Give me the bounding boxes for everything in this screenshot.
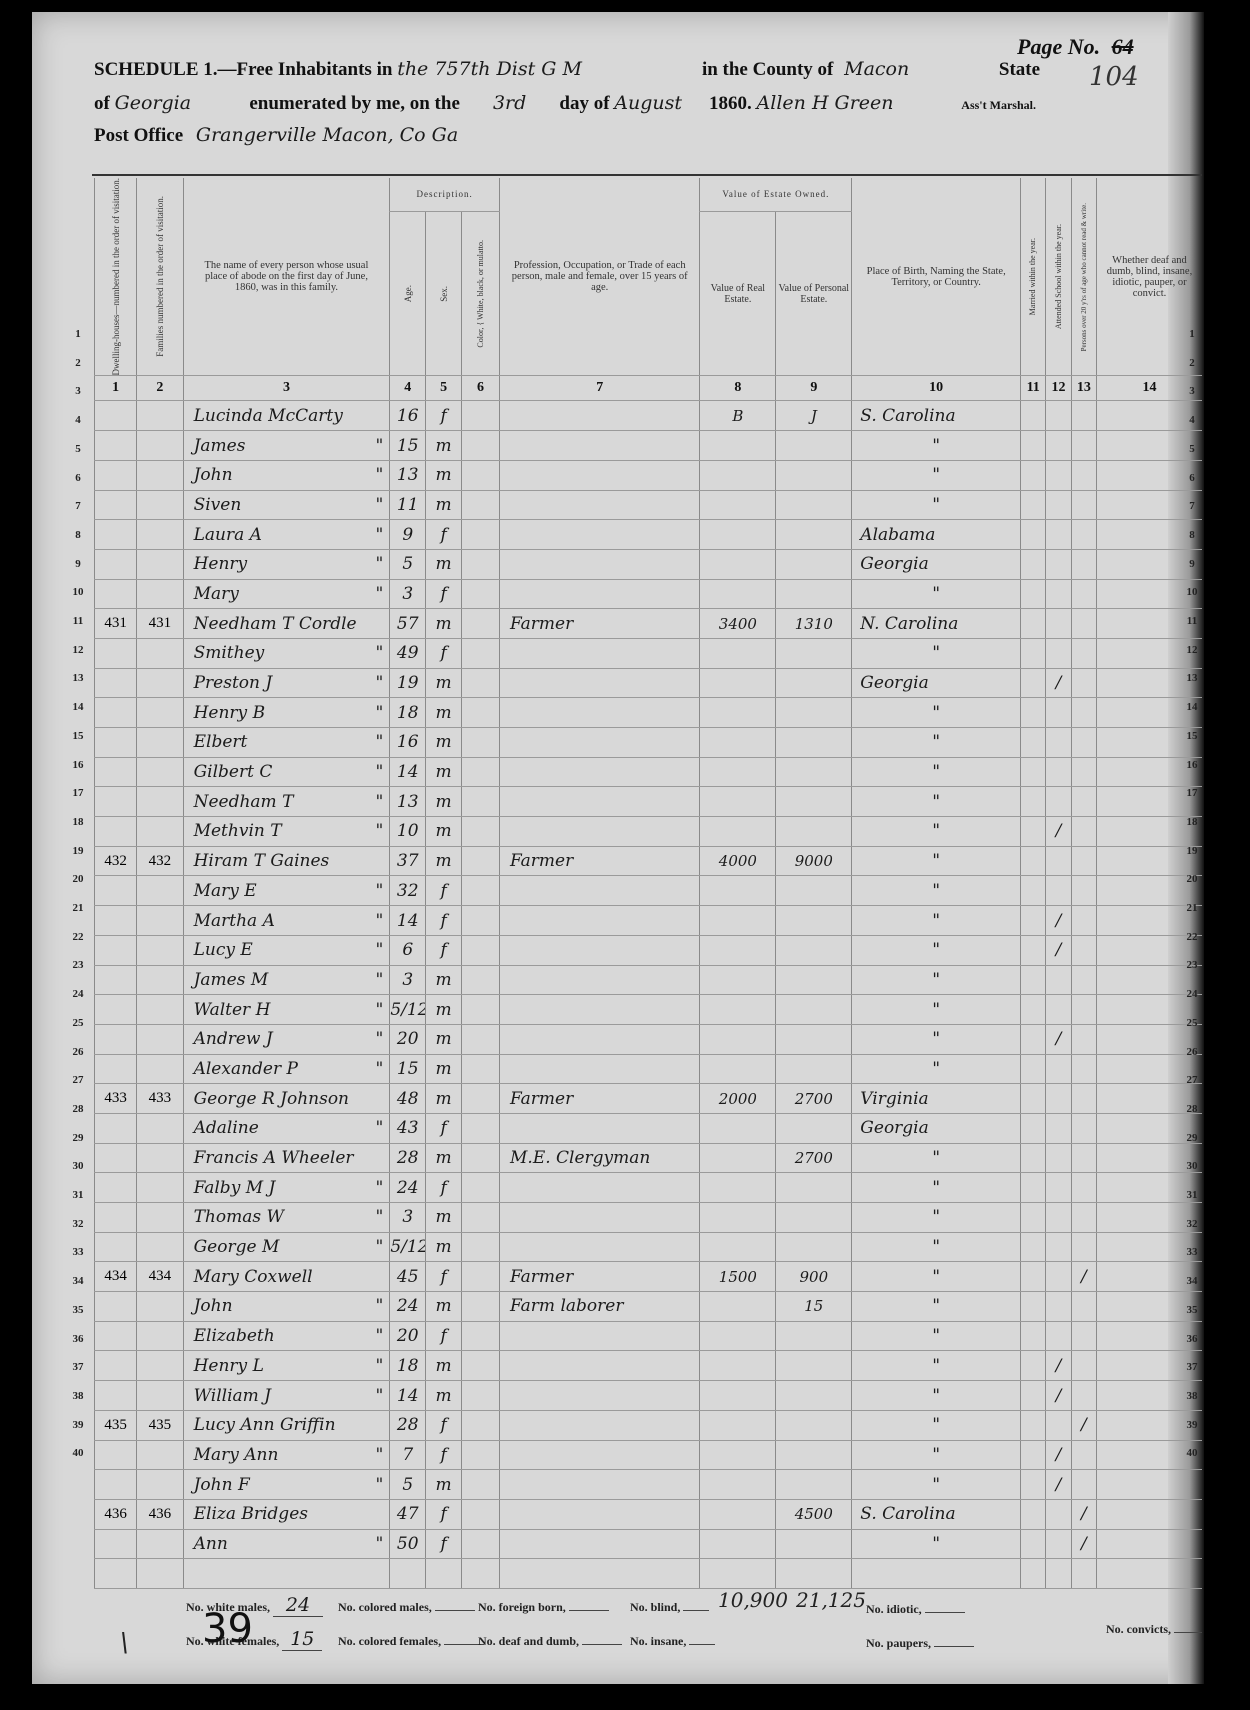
person-occupation	[500, 817, 700, 847]
census-page: Page No. 64 104 SCHEDULE 1.—Free Inhabit…	[32, 12, 1204, 1684]
person-color	[462, 1499, 500, 1529]
schedule-title: SCHEDULE 1.—Free Inhabitants in	[94, 59, 392, 80]
person-color	[462, 1113, 500, 1143]
married-mark	[1021, 1232, 1046, 1262]
row-line-number: 12	[1182, 644, 1202, 656]
illiterate-mark	[1071, 1292, 1096, 1322]
real-estate-value	[700, 1203, 776, 1233]
person-sex: m	[426, 698, 462, 728]
person-age: 45	[390, 1262, 426, 1292]
person-age: 50	[390, 1529, 426, 1559]
table-row: John"24mFarm laborer15"	[95, 1292, 1203, 1322]
colored-males-summary: No. colored males,	[338, 1600, 475, 1615]
row-line-number: 27	[1182, 1074, 1202, 1086]
table-row: Francis A Wheeler28mM.E. Clergyman2700"	[95, 1143, 1203, 1173]
person-name-text: Siven	[194, 495, 242, 515]
person-sex: m	[426, 1470, 462, 1500]
school-mark	[1046, 549, 1071, 579]
person-age: 18	[390, 1351, 426, 1381]
white-females-value: 15	[282, 1628, 322, 1651]
census-table: Dwelling-houses—numbered in the order of…	[94, 178, 1202, 1589]
person-sex: m	[426, 668, 462, 698]
table-row: Henry"5mGeorgia	[95, 549, 1203, 579]
school-mark: /	[1046, 817, 1071, 847]
row-line-number: 25	[1182, 1017, 1202, 1029]
row-line-number: 40	[68, 1447, 88, 1459]
blind-label: No. blind,	[630, 1600, 680, 1614]
table-row: Alexander P"15m"	[95, 1054, 1203, 1084]
person-color	[462, 1054, 500, 1084]
person-color	[462, 1470, 500, 1500]
school-mark	[1046, 1054, 1071, 1084]
person-color	[462, 1321, 500, 1351]
col-header-dwelling: Dwelling-houses—numbered in the order of…	[111, 178, 121, 375]
person-name-text: Elizabeth	[194, 1326, 275, 1346]
illiterate-mark	[1071, 1024, 1096, 1054]
person-color	[462, 460, 500, 490]
person-age: 10	[390, 817, 426, 847]
person-color	[462, 876, 500, 906]
person-name: Falby M J"	[183, 1173, 390, 1203]
person-age: 24	[390, 1292, 426, 1322]
enumerated-label: enumerated by me, on the	[249, 93, 460, 114]
disability-note	[1096, 1529, 1202, 1559]
birthplace: "	[852, 846, 1021, 876]
illiterate-mark	[1071, 1143, 1096, 1173]
person-name-text: Elbert	[194, 732, 248, 752]
personal-estate-value	[776, 698, 852, 728]
married-mark	[1021, 401, 1046, 431]
table-row: Mary E"32f"	[95, 876, 1203, 906]
married-mark	[1021, 1113, 1046, 1143]
col-header-disability: Whether deaf and dumb, blind, insane, id…	[1096, 178, 1202, 376]
day-of-label: day of	[559, 93, 609, 114]
dwelling-number	[95, 1173, 137, 1203]
person-age: 43	[390, 1113, 426, 1143]
table-row: James M"3m"	[95, 965, 1203, 995]
personal-estate-value	[776, 995, 852, 1025]
table-row: Adaline"43fGeorgia	[95, 1113, 1203, 1143]
school-mark	[1046, 995, 1071, 1025]
row-line-number: 40	[1182, 1447, 1202, 1459]
person-age: 15	[390, 1054, 426, 1084]
personal-estate-value	[776, 757, 852, 787]
row-line-number: 14	[68, 701, 88, 713]
person-color	[462, 817, 500, 847]
person-color	[462, 906, 500, 936]
person-occupation	[500, 431, 700, 461]
person-name: Henry"	[183, 549, 390, 579]
person-sex: f	[426, 1410, 462, 1440]
row-line-number: 10	[1182, 586, 1202, 598]
dwelling-number	[95, 460, 137, 490]
married-mark	[1021, 1440, 1046, 1470]
person-age: 32	[390, 876, 426, 906]
person-occupation	[500, 1410, 700, 1440]
married-mark	[1021, 728, 1046, 758]
row-line-number: 36	[68, 1333, 88, 1345]
birthplace: "	[852, 1321, 1021, 1351]
personal-estate-value: 2700	[776, 1084, 852, 1114]
row-line-number: 23	[1182, 959, 1202, 971]
personal-estate-value	[776, 668, 852, 698]
illiterate-mark: /	[1071, 1410, 1096, 1440]
row-line-number: 31	[68, 1189, 88, 1201]
person-name-text: John	[194, 465, 233, 485]
table-row: Walter H"5/12m"	[95, 995, 1203, 1025]
real-estate-value	[700, 1054, 776, 1084]
person-age: 24	[390, 1173, 426, 1203]
colored-females-label: No. colored females,	[338, 1634, 441, 1648]
person-age: 5/12	[390, 995, 426, 1025]
row-line-number: 2	[68, 357, 88, 369]
row-line-number: 17	[1182, 787, 1202, 799]
married-mark	[1021, 460, 1046, 490]
person-occupation	[500, 995, 700, 1025]
ditto-mark: "	[375, 1059, 389, 1079]
dwelling-number	[95, 757, 137, 787]
page-number-handwritten: 104	[1089, 62, 1139, 92]
person-name: Mary Coxwell	[183, 1262, 390, 1292]
personal-estate-total: 21,125	[796, 1588, 866, 1612]
person-sex: f	[426, 1499, 462, 1529]
personal-estate-value	[776, 906, 852, 936]
personal-estate-value	[776, 520, 852, 550]
person-age: 18	[390, 698, 426, 728]
birthplace: Georgia	[852, 1113, 1021, 1143]
personal-estate-value: 1310	[776, 609, 852, 639]
personal-estate-value: 15	[776, 1292, 852, 1322]
illiterate-mark	[1071, 1113, 1096, 1143]
table-row: Smithey"49f"	[95, 638, 1203, 668]
person-sex: f	[426, 1321, 462, 1351]
row-line-number: 33	[68, 1246, 88, 1258]
ditto-mark: "	[375, 1029, 389, 1049]
person-age: 20	[390, 1321, 426, 1351]
personal-estate-value	[776, 817, 852, 847]
ditto-mark: "	[375, 584, 389, 604]
ditto-mark: "	[375, 1296, 389, 1316]
married-mark	[1021, 1203, 1046, 1233]
foreign-born-label: No. foreign born,	[478, 1600, 566, 1614]
ditto-mark: "	[375, 643, 389, 663]
person-name: Henry L"	[183, 1351, 390, 1381]
row-line-number: 9	[68, 558, 88, 570]
person-color	[462, 1262, 500, 1292]
page-number: Page No. 64 104	[1017, 34, 1134, 60]
school-mark	[1046, 1262, 1071, 1292]
dwelling-number	[95, 698, 137, 728]
person-name: James"	[183, 431, 390, 461]
personal-estate-value	[776, 1024, 852, 1054]
table-row: Mary Ann"7f"/	[95, 1440, 1203, 1470]
person-color	[462, 1173, 500, 1203]
illiterate-mark	[1071, 876, 1096, 906]
illiterate-mark	[1071, 1351, 1096, 1381]
person-sex: m	[426, 965, 462, 995]
person-sex: f	[426, 935, 462, 965]
col-number: 1	[95, 376, 137, 401]
person-occupation	[500, 965, 700, 995]
birthplace: "	[852, 490, 1021, 520]
illiterate-mark	[1071, 520, 1096, 550]
person-sex: m	[426, 995, 462, 1025]
row-line-number: 39	[68, 1419, 88, 1431]
person-name-text: Hiram T Gaines	[194, 851, 330, 871]
row-line-number: 15	[1182, 730, 1202, 742]
person-age: 7	[390, 1440, 426, 1470]
col-number: 11	[1021, 376, 1046, 401]
ditto-mark: "	[375, 1207, 389, 1227]
row-line-number: 23	[68, 959, 88, 971]
person-color	[462, 401, 500, 431]
married-mark	[1021, 1262, 1046, 1292]
school-mark	[1046, 876, 1071, 906]
personal-estate-value: 9000	[776, 846, 852, 876]
person-name: Thomas W"	[183, 1203, 390, 1233]
person-color	[462, 668, 500, 698]
illiterate-mark	[1071, 401, 1096, 431]
real-estate-value	[700, 579, 776, 609]
person-age: 48	[390, 1084, 426, 1114]
ditto-mark: "	[375, 881, 389, 901]
row-line-number: 4	[1182, 414, 1202, 426]
table-row: Gilbert C"14m"	[95, 757, 1203, 787]
row-line-number: 22	[1182, 931, 1202, 943]
real-estate-value: 4000	[700, 846, 776, 876]
person-color	[462, 728, 500, 758]
ditto-mark: "	[375, 792, 389, 812]
school-mark	[1046, 728, 1071, 758]
convicts-label: No. convicts,	[1106, 1622, 1171, 1636]
real-estate-value	[700, 520, 776, 550]
dwelling-number	[95, 638, 137, 668]
married-mark	[1021, 935, 1046, 965]
family-number	[137, 1232, 183, 1262]
ditto-mark: "	[375, 732, 389, 752]
month-field: August	[614, 92, 704, 114]
person-sex: f	[426, 1173, 462, 1203]
person-color	[462, 431, 500, 461]
row-line-number: 34	[1182, 1275, 1202, 1287]
married-mark	[1021, 1292, 1046, 1322]
ditto-mark: "	[375, 821, 389, 841]
real-estate-value	[700, 1381, 776, 1411]
family-number	[137, 1321, 183, 1351]
married-mark	[1021, 1351, 1046, 1381]
person-age: 13	[390, 460, 426, 490]
row-line-number: 35	[1182, 1304, 1202, 1316]
row-line-number: 26	[1182, 1046, 1202, 1058]
row-line-number: 16	[68, 759, 88, 771]
col-header-description: Description.	[390, 178, 500, 211]
person-occupation	[500, 935, 700, 965]
table-row: Elizabeth"20f"	[95, 1321, 1203, 1351]
district-field: the 757th Dist G M	[397, 58, 697, 80]
person-name: Needham T"	[183, 787, 390, 817]
person-color	[462, 1440, 500, 1470]
personal-estate-value	[776, 787, 852, 817]
married-mark	[1021, 995, 1046, 1025]
person-occupation	[500, 1499, 700, 1529]
illiterate-mark	[1071, 995, 1096, 1025]
person-name: George M"	[183, 1232, 390, 1262]
person-occupation	[500, 490, 700, 520]
person-color	[462, 1084, 500, 1114]
person-occupation	[500, 787, 700, 817]
birthplace: "	[852, 1529, 1021, 1559]
married-mark	[1021, 906, 1046, 936]
ditto-mark: "	[375, 1475, 389, 1495]
dwelling-number: 436	[95, 1499, 137, 1529]
family-number	[137, 728, 183, 758]
person-sex: m	[426, 490, 462, 520]
personal-estate-value	[776, 1173, 852, 1203]
family-number	[137, 1173, 183, 1203]
personal-estate-value	[776, 935, 852, 965]
deaf-dumb-label: No. deaf and dumb,	[478, 1634, 579, 1648]
person-sex: f	[426, 520, 462, 550]
illiterate-mark	[1071, 1381, 1096, 1411]
table-row: Henry L"18m"/	[95, 1351, 1203, 1381]
row-line-number: 17	[68, 787, 88, 799]
dwelling-number	[95, 1024, 137, 1054]
birthplace: Georgia	[852, 549, 1021, 579]
state-field: Georgia	[115, 92, 245, 114]
birthplace: S. Carolina	[852, 1499, 1021, 1529]
col-header-birthplace: Place of Birth, Naming the State, Territ…	[852, 178, 1021, 376]
state-label: State	[999, 59, 1040, 80]
person-sex: f	[426, 579, 462, 609]
person-color	[462, 609, 500, 639]
row-line-number: 19	[1182, 845, 1202, 857]
person-color	[462, 698, 500, 728]
colored-females-summary: No. colored females,	[338, 1634, 484, 1649]
personal-estate-value	[776, 1203, 852, 1233]
dwelling-number	[95, 1232, 137, 1262]
birthplace: "	[852, 876, 1021, 906]
family-number	[137, 1143, 183, 1173]
school-mark	[1046, 1292, 1071, 1322]
family-number: 432	[137, 846, 183, 876]
person-sex: m	[426, 1054, 462, 1084]
ditto-mark: "	[375, 703, 389, 723]
real-estate-value	[700, 1292, 776, 1322]
married-mark	[1021, 1470, 1046, 1500]
col-number: 12	[1046, 376, 1071, 401]
table-row: Siven"11m"	[95, 490, 1203, 520]
married-mark	[1021, 1173, 1046, 1203]
row-line-number: 6	[68, 472, 88, 484]
family-number	[137, 995, 183, 1025]
person-name-text: James M	[194, 970, 269, 990]
person-occupation	[500, 1470, 700, 1500]
table-row: Mary"3f"	[95, 579, 1203, 609]
person-occupation	[500, 1529, 700, 1559]
margin-pencil-note: 39	[202, 1606, 253, 1652]
row-line-number: 11	[1182, 615, 1202, 627]
row-line-number: 5	[68, 443, 88, 455]
idiotic-label: No. idiotic,	[866, 1602, 922, 1616]
person-name: Methvin T"	[183, 817, 390, 847]
illiterate-mark	[1071, 965, 1096, 995]
white-males-value: 24	[273, 1594, 323, 1617]
married-mark	[1021, 1084, 1046, 1114]
real-estate-value	[700, 638, 776, 668]
disability-note	[1096, 1499, 1202, 1529]
person-sex: m	[426, 757, 462, 787]
person-color	[462, 490, 500, 520]
real-estate-value	[700, 935, 776, 965]
family-number	[137, 1054, 183, 1084]
person-occupation	[500, 1113, 700, 1143]
person-occupation	[500, 1203, 700, 1233]
personal-estate-value	[776, 728, 852, 758]
school-mark	[1046, 1084, 1071, 1114]
person-age: 13	[390, 787, 426, 817]
person-sex: f	[426, 1113, 462, 1143]
illiterate-mark: /	[1071, 1262, 1096, 1292]
person-age: 14	[390, 757, 426, 787]
person-age: 3	[390, 965, 426, 995]
married-mark	[1021, 1321, 1046, 1351]
row-line-number: 5	[1182, 443, 1202, 455]
school-mark	[1046, 1232, 1071, 1262]
person-name-text: Henry B	[194, 703, 265, 723]
post-office-line: Post Office Grangerville Macon, Co Ga	[94, 124, 458, 147]
married-mark	[1021, 490, 1046, 520]
person-name: Hiram T Gaines	[183, 846, 390, 876]
disability-note	[1096, 1470, 1202, 1500]
family-number	[137, 1470, 183, 1500]
dwelling-number	[95, 787, 137, 817]
person-name: Gilbert C"	[183, 757, 390, 787]
real-estate-value	[700, 1173, 776, 1203]
personal-estate-value	[776, 431, 852, 461]
year-label: 1860.	[709, 93, 752, 114]
table-row: Thomas W"3m"	[95, 1203, 1203, 1233]
personal-estate-value: 900	[776, 1262, 852, 1292]
table-row: 434434Mary Coxwell45fFarmer1500900"/	[95, 1262, 1203, 1292]
illiterate-mark	[1071, 549, 1096, 579]
real-estate-value: B	[700, 401, 776, 431]
illiterate-mark	[1071, 1440, 1096, 1470]
real-estate-value	[700, 1351, 776, 1381]
birthplace: "	[852, 1351, 1021, 1381]
person-occupation	[500, 1321, 700, 1351]
dwelling-number: 433	[95, 1084, 137, 1114]
table-row: Needham T"13m"	[95, 787, 1203, 817]
person-name-text: William J	[194, 1386, 271, 1406]
person-sex: m	[426, 1232, 462, 1262]
person-age: 5	[390, 549, 426, 579]
real-estate-value	[700, 549, 776, 579]
col-number: 3	[183, 376, 390, 401]
real-estate-value	[700, 460, 776, 490]
married-mark	[1021, 1024, 1046, 1054]
person-occupation	[500, 906, 700, 936]
page-summary: No. white males, 24 No. white females, 1…	[94, 1572, 1202, 1670]
person-age: 5/12	[390, 1232, 426, 1262]
person-occupation	[500, 520, 700, 550]
row-line-number: 13	[68, 672, 88, 684]
col-number: 5	[426, 376, 462, 401]
person-name-text: Mary	[194, 584, 239, 604]
person-name: Eliza Bridges	[183, 1499, 390, 1529]
row-line-number: 36	[1182, 1333, 1202, 1345]
row-line-number: 20	[68, 873, 88, 885]
dwelling-number	[95, 1113, 137, 1143]
